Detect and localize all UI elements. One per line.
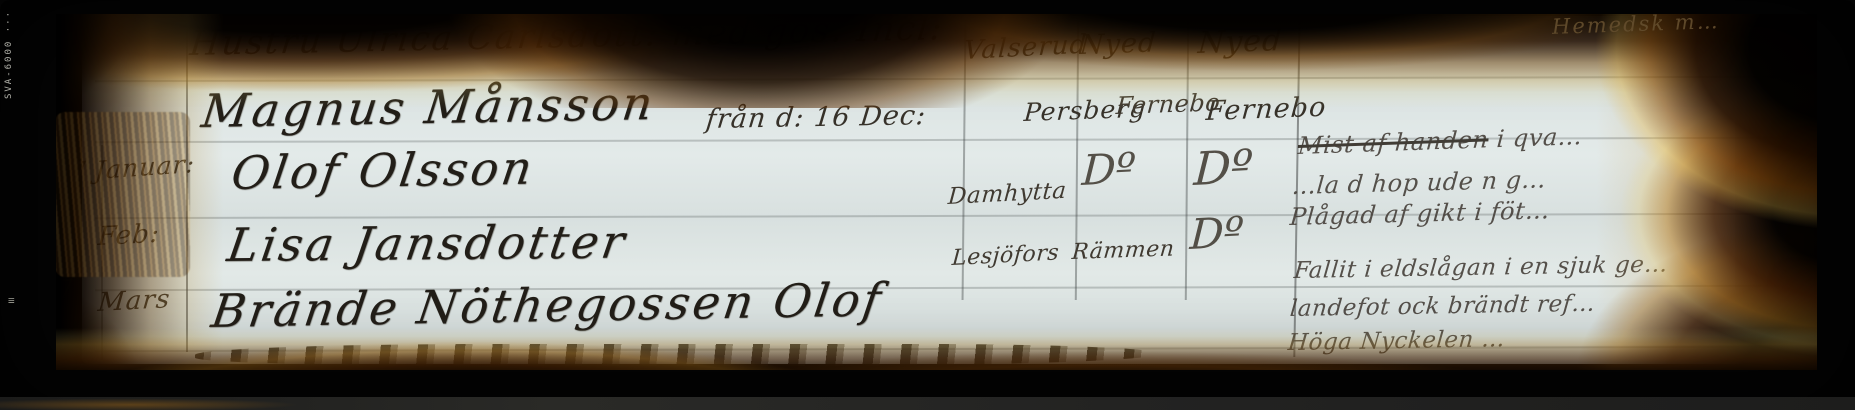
film-frame-top <box>0 0 1855 14</box>
entry-name: Magnus Månsson <box>199 76 659 138</box>
day-number: 27 <box>50 156 89 191</box>
month-label: Mars <box>97 284 172 318</box>
margin-note-line: Höga Nyckelen … <box>1287 326 1506 356</box>
ditto-mark: Dº <box>1189 207 1245 259</box>
film-edge-label: SVA-6000 ··· <box>4 10 14 99</box>
note-text: i qva… <box>1488 122 1584 153</box>
entry-date-note: från d: 16 Dec: <box>704 100 927 135</box>
microfilm-frame: Hustru Ulrica Carlsdott: med gos. Incl: … <box>0 0 1855 410</box>
film-frame-right <box>1817 0 1855 410</box>
film-strip-bottom <box>0 397 1855 410</box>
to-parish: Fernebo <box>1205 92 1328 127</box>
from-parish: Rämmen <box>1071 236 1176 265</box>
table-rule-vertical <box>186 20 188 352</box>
ditto-mark: Dº <box>1081 143 1137 195</box>
film-edge-mark: ≡ <box>8 294 15 307</box>
entry-name: Lisa Jansdotter <box>224 215 631 272</box>
month-label: Feb: <box>97 219 161 252</box>
margin-note-line: landefot ock brändt ref… <box>1289 291 1597 322</box>
to-parish: Nyed <box>1197 23 1284 61</box>
cutoff-writing <box>195 344 1160 366</box>
entry-name: Olof Olsson <box>228 141 538 200</box>
from-parish: Nyed <box>1079 27 1158 61</box>
ditto-mark: Dº <box>1193 139 1255 196</box>
